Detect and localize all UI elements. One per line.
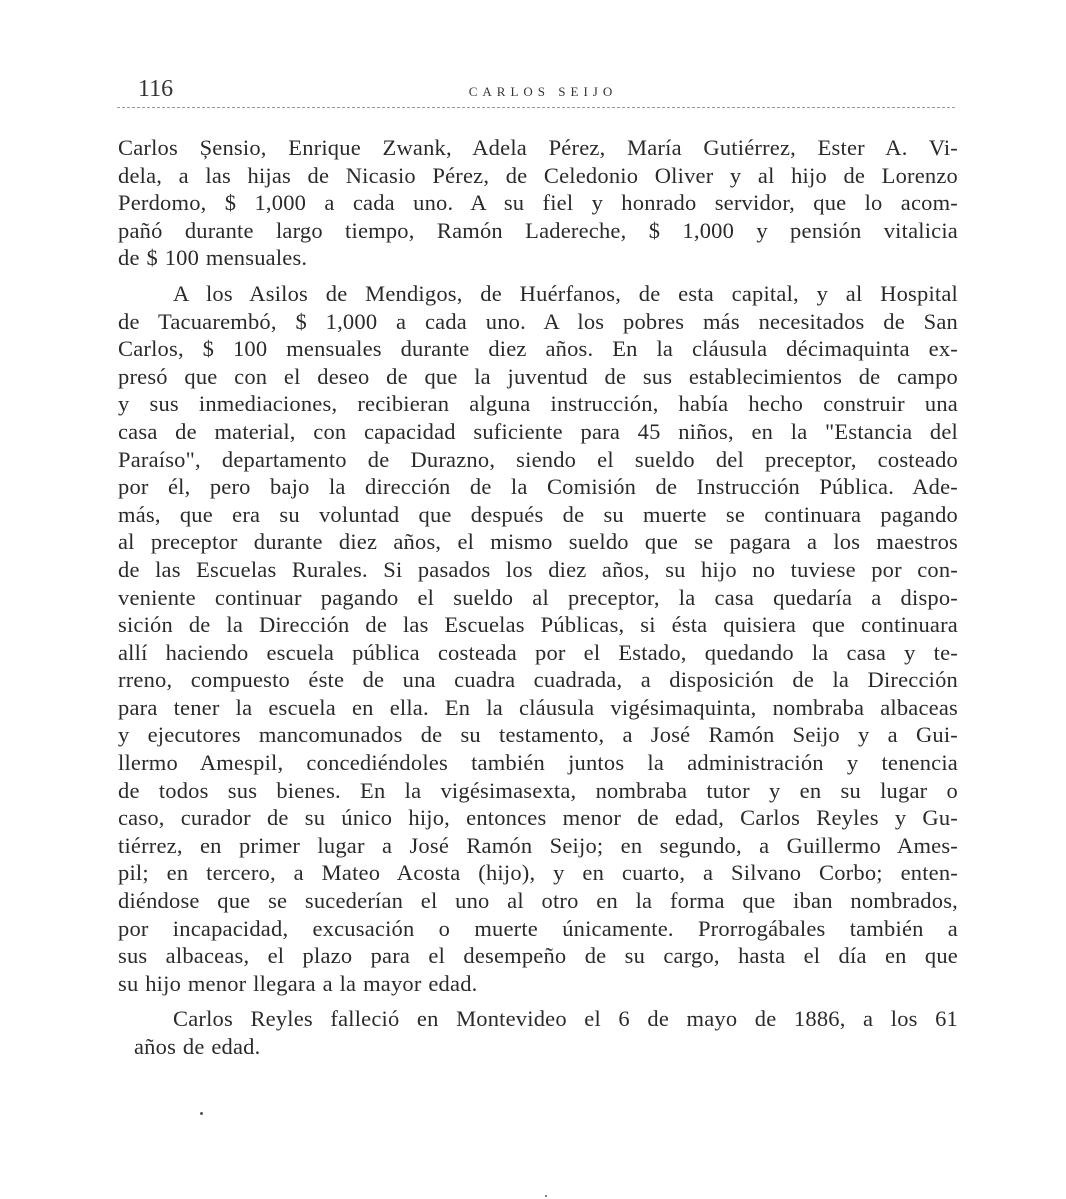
- text-line: llermo Amespil, concediéndoles también j…: [118, 749, 958, 777]
- text-line: por él, pero bajo la dirección de la Com…: [118, 473, 958, 501]
- print-speck: [200, 1112, 203, 1115]
- paragraph-gap: [118, 997, 958, 1005]
- paragraph-gap: [118, 272, 958, 280]
- text-line: y ejecutores mancomunados de su testamen…: [118, 721, 958, 749]
- running-title: CARLOS SEIJO: [0, 84, 1066, 100]
- text-line: casa de material, con capacidad suficien…: [118, 418, 958, 446]
- text-line: de las Escuelas Rurales. Si pasados los …: [118, 556, 958, 584]
- text-line: sición de la Dirección de las Escuelas P…: [118, 611, 958, 639]
- text-line: de Tacuarembó, $ 1,000 a cada uno. A los…: [118, 308, 958, 336]
- text-line: al preceptor durante diez años, el mismo…: [118, 528, 958, 556]
- paragraph-3: Carlos Reyles falleció en Montevideo el …: [118, 1005, 958, 1060]
- paragraph-2: A los Asilos de Mendigos, de Huérfanos, …: [118, 280, 958, 997]
- text-line: Carlos Reyles falleció en Montevideo el …: [118, 1005, 958, 1033]
- text-line: Carlos Șensio, Enrique Zwank, Adela Pére…: [118, 134, 958, 162]
- text-line: de todos sus bienes. En la vigésimasexta…: [118, 777, 958, 805]
- text-line: dela, a las hijas de Nicasio Pérez, de C…: [118, 162, 958, 190]
- text-line: de $ 100 mensuales.: [118, 244, 958, 272]
- page-body: Carlos Șensio, Enrique Zwank, Adela Pére…: [118, 134, 958, 1061]
- text-line: su hijo menor llegara a la mayor edad.: [118, 970, 958, 998]
- text-line: Paraíso", departamento de Durazno, siend…: [118, 446, 958, 474]
- text-line: y sus inmediaciones, recibieran alguna i…: [118, 390, 958, 418]
- text-line: caso, curador de su único hijo, entonces…: [118, 804, 958, 832]
- text-line: años de edad.: [118, 1033, 958, 1061]
- text-line: pil; en tercero, a Mateo Acosta (hijo), …: [118, 859, 958, 887]
- print-speck: [545, 1195, 547, 1197]
- text-line: presó que con el deseo de que la juventu…: [118, 363, 958, 391]
- text-line: Perdomo, $ 1,000 a cada uno. A su fiel y…: [118, 189, 958, 217]
- text-line: sus albaceas, el plazo para el desempeño…: [118, 942, 958, 970]
- text-line: rreno, compuesto éste de una cuadra cuad…: [118, 666, 958, 694]
- paragraph-1: Carlos Șensio, Enrique Zwank, Adela Pére…: [118, 134, 958, 272]
- text-line: más, que era su voluntad que después de …: [118, 501, 958, 529]
- text-line: para tener la escuela en ella. En la clá…: [118, 694, 958, 722]
- text-line: diéndose que se sucederían el uno al otr…: [118, 887, 958, 915]
- text-line: por incapacidad, excusación o muerte úni…: [118, 915, 958, 943]
- text-line: allí haciendo escuela pública costeada p…: [118, 639, 958, 667]
- running-title-text: CARLOS SEIJO: [469, 84, 618, 100]
- text-line: Carlos, $ 100 mensuales durante diez año…: [118, 335, 958, 363]
- text-line: veniente continuar pagando el sueldo al …: [118, 584, 958, 612]
- header-rule: [117, 107, 955, 108]
- text-line: pañó durante largo tiempo, Ramón Laderec…: [118, 217, 958, 245]
- text-line: A los Asilos de Mendigos, de Huérfanos, …: [118, 280, 958, 308]
- text-line: tiérrez, en primer lugar a José Ramón Se…: [118, 832, 958, 860]
